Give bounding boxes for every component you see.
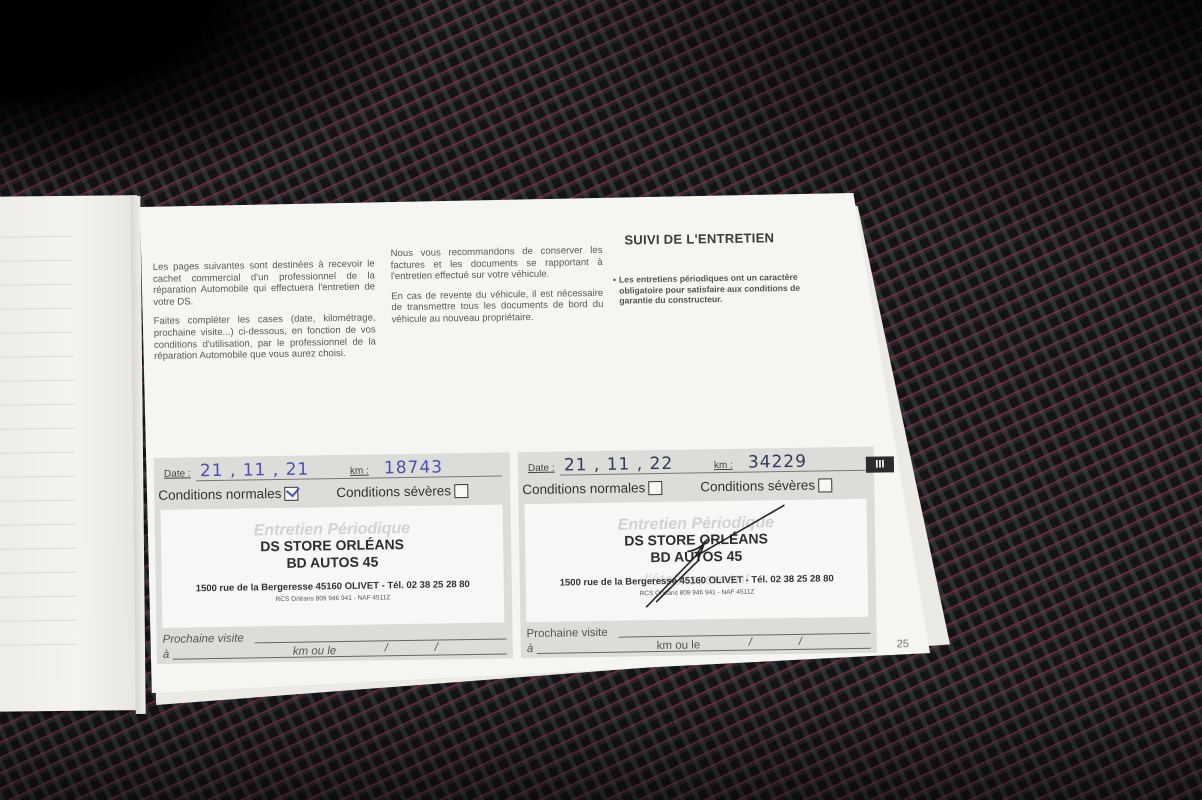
maintenance-entry-1: Date : 21 , 11 , 21 km : 18743 Condition… [154, 452, 513, 664]
entry-header: Date : 21 , 11 , 22 km : 34229 [526, 451, 866, 478]
condition-normal-checkbox [284, 486, 298, 500]
ruled-line [0, 452, 75, 454]
ruled-line [0, 236, 73, 238]
condition-severe: Conditions sévères [700, 477, 832, 494]
date-separator: / [799, 636, 802, 648]
right-page-content: Les pages suivantes sont destinées à rec… [150, 208, 897, 680]
ruled-line [0, 476, 75, 478]
next-visit-label: Prochaine visite [163, 633, 244, 646]
ruled-line [0, 332, 74, 334]
km-label: km : [350, 466, 369, 477]
condition-severe-checkbox [454, 484, 468, 498]
next-visit-label: Prochaine visite [526, 627, 607, 640]
ruled-line [0, 644, 77, 646]
intro-paragraph: Faites compléter les cases (date, kilomé… [154, 313, 377, 363]
ruled-line [0, 620, 77, 622]
entry-header: Date : 21 , 11 , 21 km : 18743 [162, 457, 502, 484]
ruled-line [0, 428, 75, 430]
ruled-line [0, 548, 76, 550]
handwritten-km: 18743 [384, 457, 443, 478]
date-separator: / [385, 642, 388, 654]
ruled-line [0, 356, 74, 358]
ruled-line [0, 380, 74, 382]
date-separator: / [435, 642, 438, 654]
condition-normal-label: Conditions normales [158, 486, 281, 503]
next-visit-line [619, 633, 871, 638]
ruled-line [0, 500, 75, 502]
next-visit-km-label: km ou le [293, 645, 337, 658]
ruled-line [0, 284, 73, 286]
ruled-line [0, 260, 73, 262]
left-page-notes [0, 195, 143, 712]
intro-paragraph: Nous vous recommandons de conserver les … [390, 245, 603, 283]
condition-normal: Conditions normales [522, 480, 662, 497]
condition-severe: Conditions sévères [336, 483, 468, 500]
condition-severe-label: Conditions sévères [336, 483, 451, 500]
intro-column-2: Nous vous recommandons de conserver les … [390, 245, 603, 334]
handwritten-km: 34229 [748, 452, 807, 473]
km-label: km : [714, 460, 733, 471]
warranty-note: Les entretiens périodiques ont un caract… [619, 271, 819, 306]
condition-normal: Conditions normales [158, 486, 298, 503]
next-visit: Prochaine visite à km ou le / / [526, 623, 870, 656]
ruled-line [0, 596, 77, 598]
dealer-stamp-area: Entretien Périodique l'établissement DS … [525, 499, 869, 622]
next-visit-line [173, 653, 507, 659]
ruled-line [0, 524, 76, 526]
ruled-line [0, 404, 74, 406]
signature-icon [634, 500, 786, 612]
next-visit-line [255, 638, 507, 643]
next-visit-km-label: km ou le [657, 639, 701, 652]
next-visit: Prochaine visite à km ou le / / [163, 628, 507, 661]
next-visit-line [537, 648, 871, 654]
maintenance-booklet: Les pages suivantes sont destinées à rec… [0, 0, 1202, 800]
ruled-line [0, 308, 73, 310]
section-marker: III [866, 456, 894, 472]
condition-normal-label: Conditions normales [522, 480, 645, 497]
dealer-stamp-area: Entretien Périodique DS STORE ORLÉANS BD… [161, 504, 505, 627]
next-visit-at-label: à [163, 649, 170, 661]
next-visit-at-label: à [527, 643, 534, 655]
condition-severe-checkbox [818, 478, 832, 492]
intro-paragraph: En cas de revente du véhicule, il est né… [391, 288, 604, 326]
condition-normal-checkbox [648, 480, 662, 494]
page-number: 25 [897, 638, 909, 650]
intro-column-1: Les pages suivantes sont destinées à rec… [153, 258, 377, 370]
dealer-registration: RCS Orléans 809 946 941 - NAF 4511Z [162, 592, 504, 604]
maintenance-entry-2: Date : 21 , 11 , 22 km : 34229 Condition… [518, 447, 877, 659]
dealer-stamp-name: DS STORE ORLÉANS BD AUTOS 45 [161, 534, 503, 573]
date-label: Date : [528, 463, 555, 474]
date-separator: / [749, 637, 752, 649]
page-title: SUIVI DE L'ENTRETIEN [624, 230, 814, 248]
condition-severe-label: Conditions sévères [700, 478, 815, 495]
date-label: Date : [164, 468, 191, 479]
ruled-line [0, 572, 76, 574]
intro-paragraph: Les pages suivantes sont destinées à rec… [153, 258, 376, 308]
